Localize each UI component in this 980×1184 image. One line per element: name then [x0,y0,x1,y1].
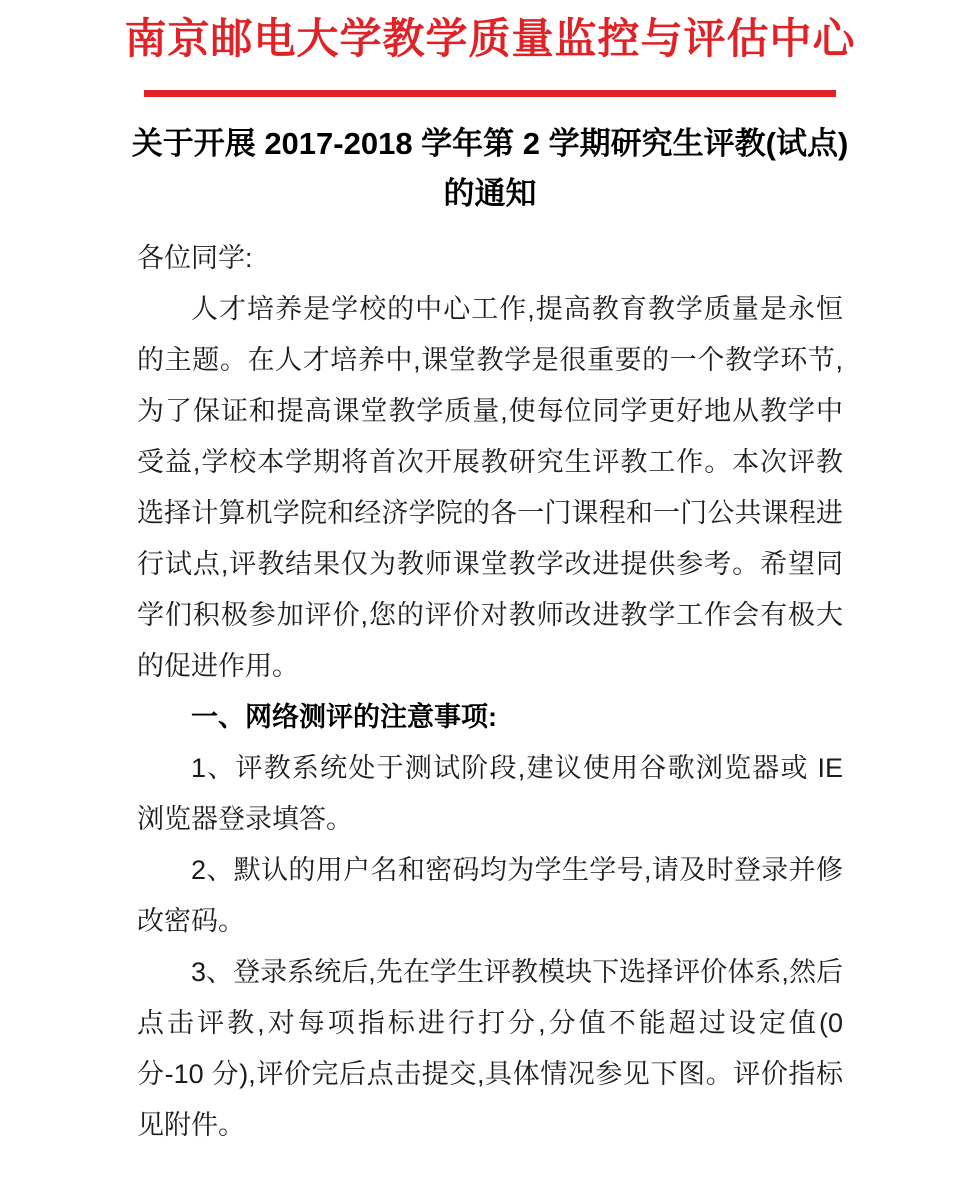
doc-title-line-1: 关于开展 2017-2018 学年第 2 学期研究生评教(试点) [0,119,980,169]
doc-title-line-2: 的通知 [0,169,980,219]
notice-item-2: 2、默认的用户名和密码均为学生学号,请及时登录并修改密码。 [137,845,843,947]
notice-page: 南京邮电大学教学质量监控与评估中心 关于开展 2017-2018 学年第 2 学… [0,0,980,1184]
org-header: 南京邮电大学教学质量监控与评估中心 [0,0,980,97]
intro-paragraph: 人才培养是学校的中心工作,提高教育教学质量是永恒的主题。在人才培养中,课堂教学是… [137,284,843,692]
org-title: 南京邮电大学教学质量监控与评估中心 [0,14,980,66]
section-heading: 一、网络测评的注意事项: [137,692,843,743]
notice-item-3: 3、登录系统后,先在学生评教模块下选择评价体系,然后点击评教,对每项指标进行打分… [137,947,843,1151]
header-divider [144,90,836,97]
salutation: 各位同学: [137,233,843,284]
doc-title: 关于开展 2017-2018 学年第 2 学期研究生评教(试点) 的通知 [0,119,980,219]
notice-item-1: 1、评教系统处于测试阶段,建议使用谷歌浏览器或 IE 浏览器登录填答。 [137,743,843,845]
notice-body: 各位同学: 人才培养是学校的中心工作,提高教育教学质量是永恒的主题。在人才培养中… [137,233,843,1151]
